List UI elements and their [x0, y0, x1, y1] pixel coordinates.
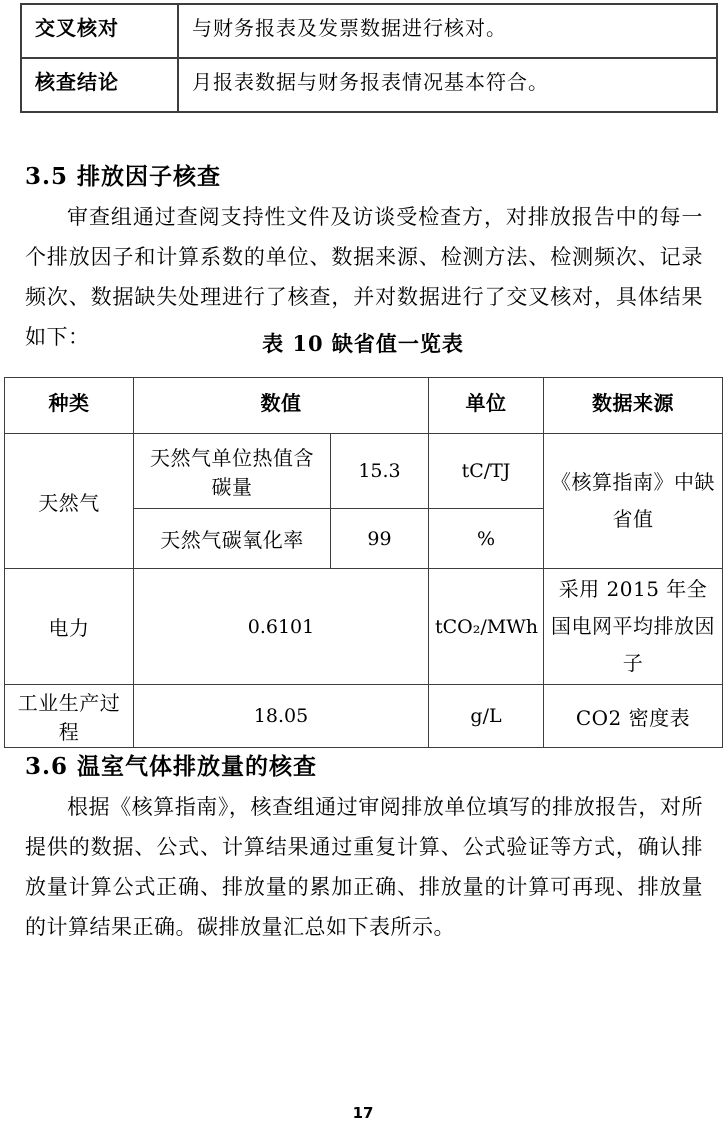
- cross-check-content: 与财务报表及发票数据进行核对。: [178, 4, 717, 58]
- cell-unit-electricity: tCO₂/MWh: [429, 569, 544, 685]
- cell-category-electricity: 电力: [5, 569, 134, 685]
- section-heading-3-6: 3.6 温室气体排放量的核查: [25, 748, 317, 781]
- header-unit: 单位: [429, 378, 544, 434]
- cell-value-oxidation-rate: 99: [331, 509, 429, 569]
- cell-value-electricity: 0.6101: [134, 569, 429, 685]
- cross-check-table: 交叉核对 与财务报表及发票数据进行核对。 核查结论 月报表数据与财务报表情况基本…: [20, 3, 718, 113]
- cross-check-label: 交叉核对: [21, 4, 178, 58]
- document-page: 交叉核对 与财务报表及发票数据进行核对。 核查结论 月报表数据与财务报表情况基本…: [0, 0, 726, 1133]
- cell-unit-carbon-content: tC/TJ: [429, 434, 544, 509]
- table-row-conclusion: 核查结论 月报表数据与财务报表情况基本符合。: [21, 58, 717, 112]
- cell-source-electricity: 采用 2015 年全国电网平均排放因子: [544, 569, 723, 685]
- table-row-natural-gas-1: 天然气 天然气单位热值含碳量 15.3 tC/TJ 《核算指南》中缺省值: [5, 434, 723, 509]
- cell-source-industrial-process: CO2 密度表: [544, 685, 723, 748]
- header-source: 数据来源: [544, 378, 723, 434]
- cell-unit-industrial-process: g/L: [429, 685, 544, 748]
- table-row-electricity: 电力 0.6101 tCO₂/MWh 采用 2015 年全国电网平均排放因子: [5, 569, 723, 685]
- cell-category-industrial-process: 工业生产过程: [5, 685, 134, 748]
- default-values-table: 种类 数值 单位 数据来源 天然气 天然气单位热值含碳量 15.3 tC/TJ …: [4, 377, 723, 748]
- section-heading-3-5: 3.5 排放因子核查: [25, 158, 221, 191]
- table-row-cross-check: 交叉核对 与财务报表及发票数据进行核对。: [21, 4, 717, 58]
- table-header-row: 种类 数值 单位 数据来源: [5, 378, 723, 434]
- cell-source-natural-gas: 《核算指南》中缺省值: [544, 434, 723, 569]
- cell-name-carbon-content: 天然气单位热值含碳量: [134, 434, 331, 509]
- cell-unit-oxidation-rate: %: [429, 509, 544, 569]
- cell-name-oxidation-rate: 天然气碳氧化率: [134, 509, 331, 569]
- cell-value-industrial-process: 18.05: [134, 685, 429, 748]
- header-category: 种类: [5, 378, 134, 434]
- cell-category-natural-gas: 天然气: [5, 434, 134, 569]
- cell-value-carbon-content: 15.3: [331, 434, 429, 509]
- section-paragraph-3-6: 根据《核算指南》，核查组通过审阅排放单位填写的排放报告，对所提供的数据、公式、计…: [25, 787, 703, 947]
- table-row-industrial-process: 工业生产过程 18.05 g/L CO2 密度表: [5, 685, 723, 748]
- page-number: 17: [0, 1104, 726, 1122]
- conclusion-content: 月报表数据与财务报表情况基本符合。: [178, 58, 717, 112]
- header-value: 数值: [134, 378, 429, 434]
- table-10-title: 表 10 缺省值一览表: [0, 328, 726, 358]
- conclusion-label: 核查结论: [21, 58, 178, 112]
